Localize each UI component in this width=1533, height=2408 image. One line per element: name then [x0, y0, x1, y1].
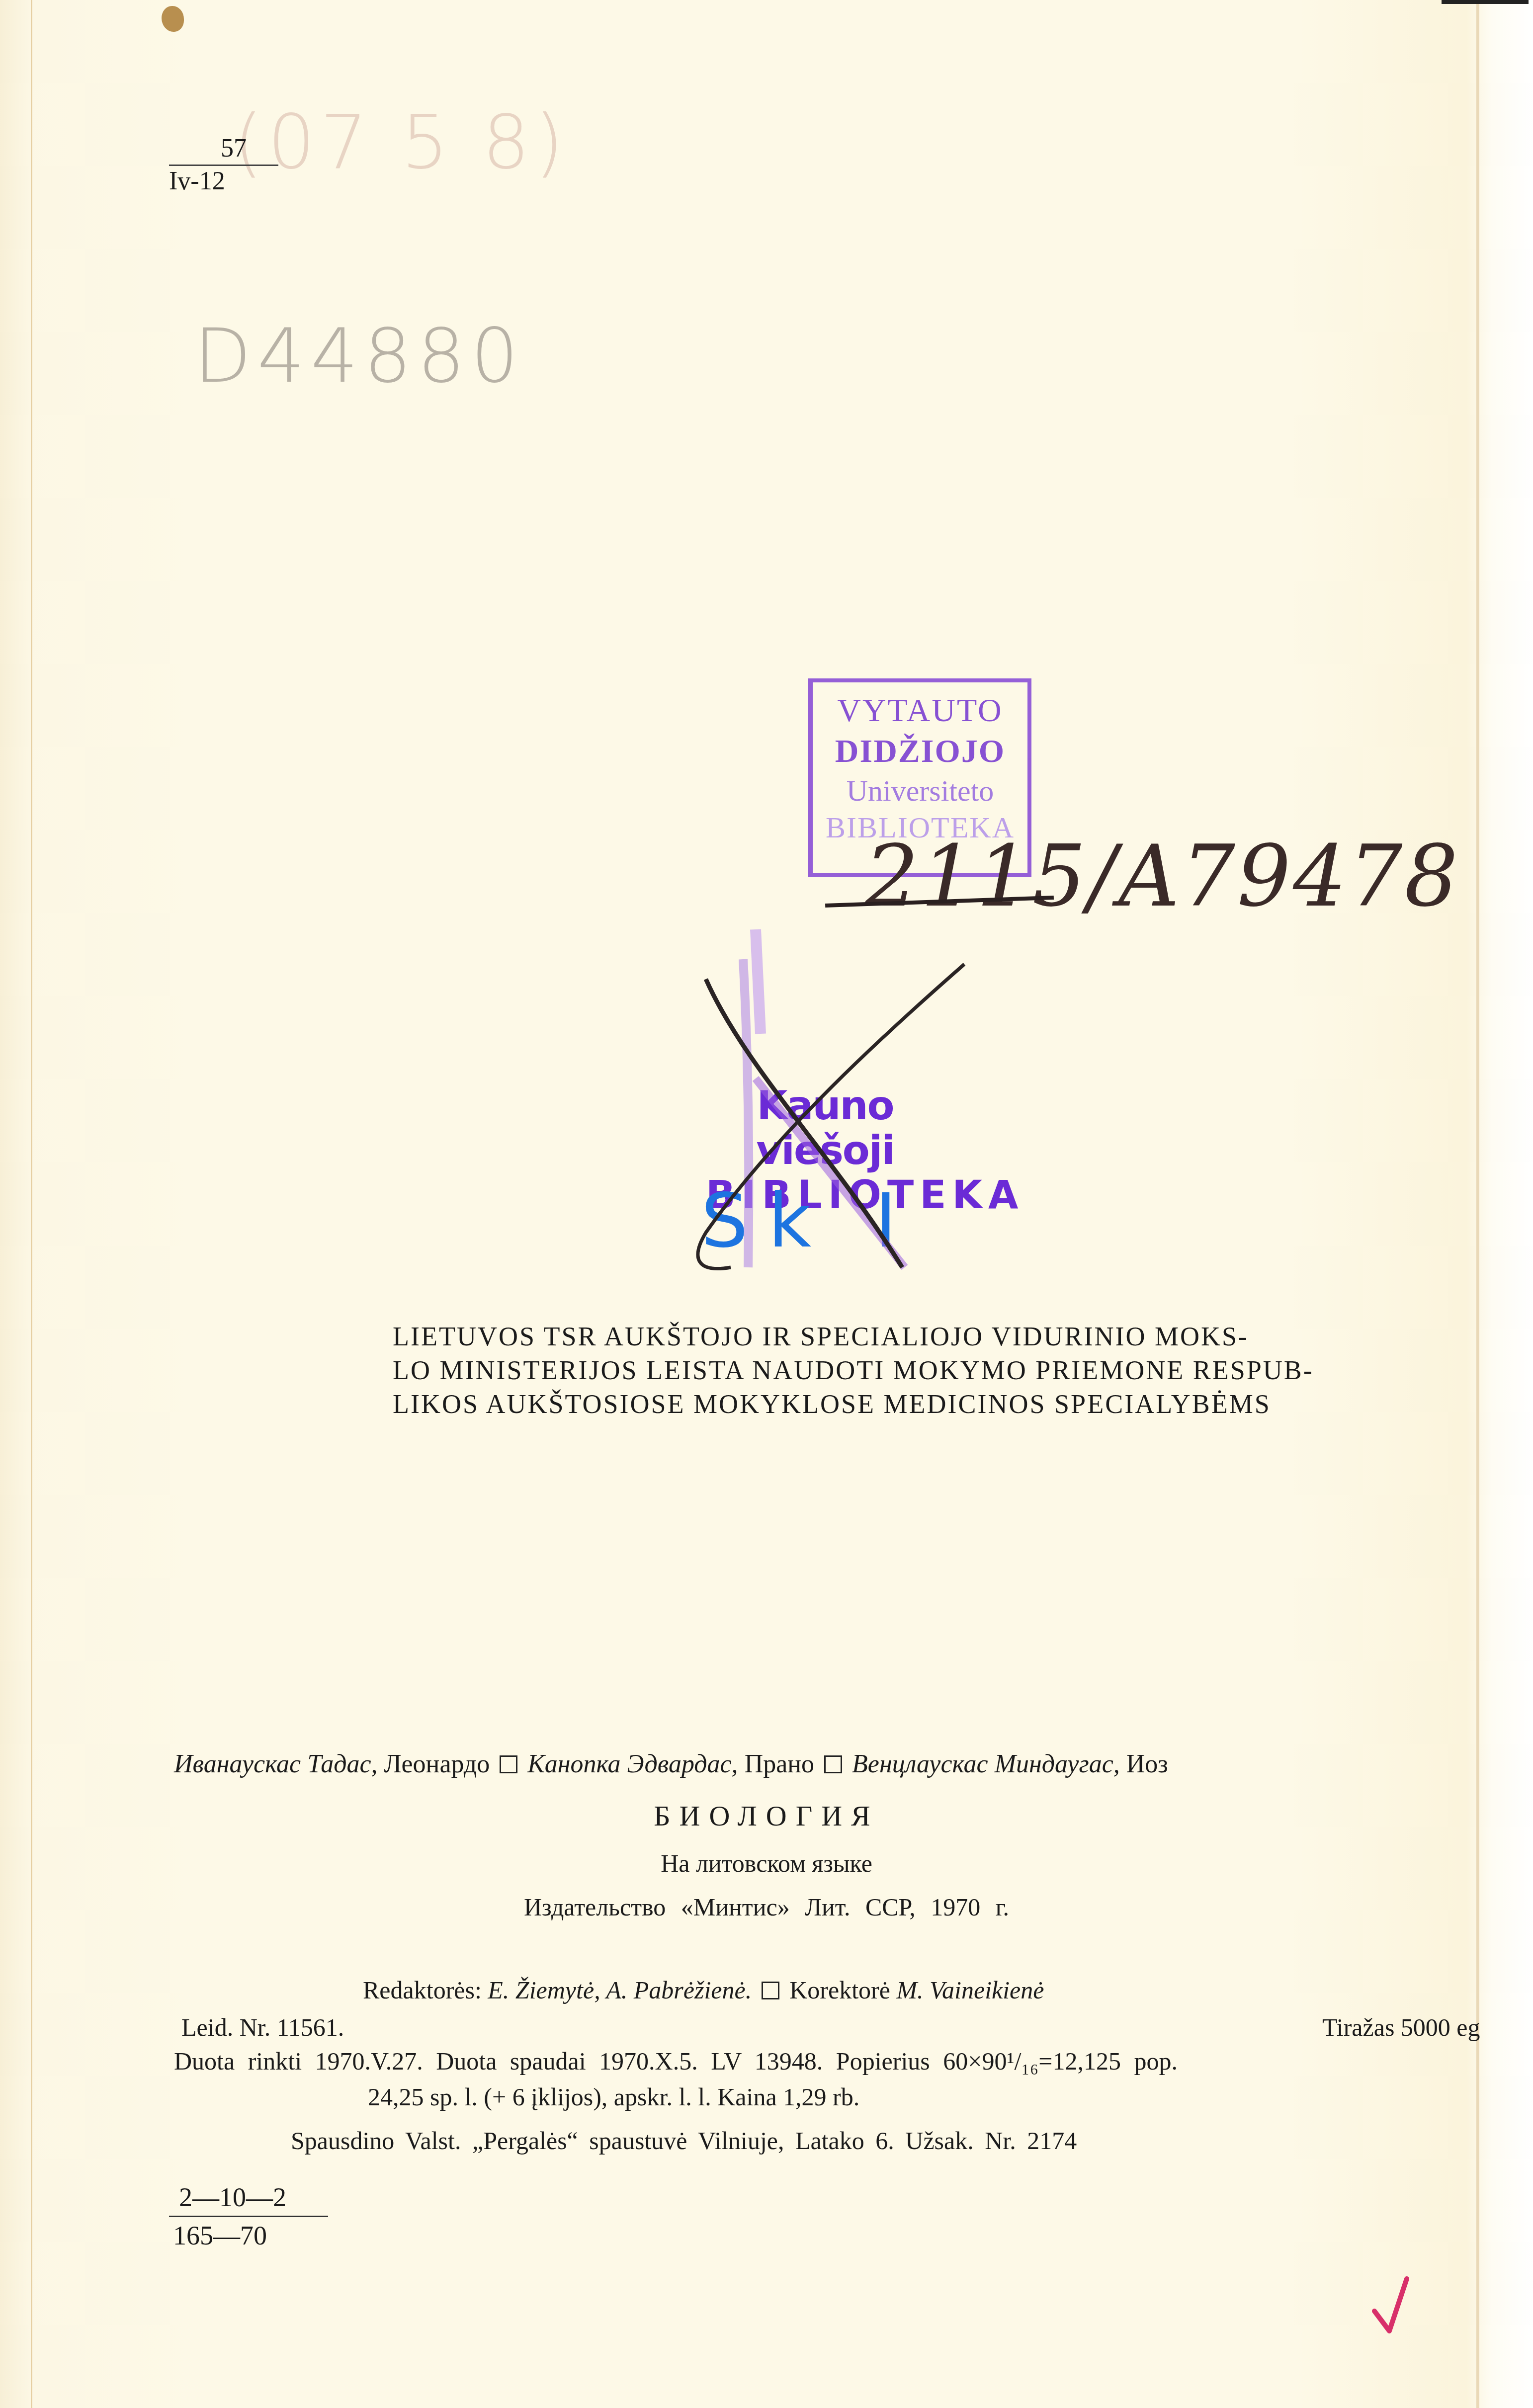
- cross-out-mark: [646, 919, 1044, 1292]
- inventory-number-struck: 2115/A: [865, 828, 1182, 926]
- page-edge: [1476, 0, 1479, 2408]
- stamp-line: Universiteto: [813, 773, 1027, 809]
- inventory-number: 2115/A79478: [865, 828, 1460, 926]
- ministry-approval-text: LIETUVOS TSR AUKŠTOJO IR SPECIALIOJO VID…: [393, 1320, 1337, 1421]
- faint-pencil-note: (07 5 8): [234, 99, 569, 186]
- author-name: Канопка Эдвардас,: [527, 1750, 738, 1778]
- gutter-line: [31, 0, 32, 2408]
- corrector-name: M. Vaineikienė: [896, 1976, 1044, 2004]
- author-patronymic: Прано: [745, 1750, 814, 1778]
- author-name: Иванаускас Тадас,: [174, 1750, 378, 1778]
- approval-line: LO MINISTERIJOS LEISTA NAUDOTI MOKYMO PR…: [393, 1353, 1337, 1387]
- shelf-mark-numerator: 57: [169, 134, 278, 166]
- separator-square-icon: [762, 1982, 779, 1999]
- shelf-mark-denominator: Iv-12: [169, 166, 278, 195]
- author-name: Венцлаускас Миндаугас,: [852, 1750, 1120, 1778]
- check-mark-icon: [1372, 2276, 1412, 2336]
- print-run: Tiražas 5000 eg: [1322, 2013, 1480, 2042]
- scan-border: [1442, 0, 1529, 4]
- corrector-label: Korektorė: [789, 1976, 890, 2004]
- index-code: 2—10—2 165—70: [169, 2182, 328, 2251]
- authors-line: Иванаускас Тадас, ЛеонардоКанопка Эдвард…: [174, 1749, 1533, 1779]
- separator-square-icon: [500, 1755, 517, 1773]
- inventory-number-current: 79478: [1182, 828, 1460, 926]
- sheets-price: 24,25 sp. l. (+ 6 įklijos), apskr. l. l.…: [368, 2082, 859, 2111]
- approval-line: LIKOS AUKŠTOSIOSE MOKYKLOSE MEDICINOS SP…: [393, 1387, 1337, 1421]
- index-code-denominator: 165—70: [169, 2217, 328, 2251]
- print-dates: Duota rinkti 1970.V.27. Duota spaudai 19…: [174, 2047, 1178, 2076]
- index-code-numerator: 2—10—2: [169, 2182, 328, 2217]
- language-note: На литовском языке: [0, 1849, 1533, 1878]
- shelf-mark: 57 Iv-12: [169, 134, 278, 195]
- approval-line: LIETUVOS TSR AUKŠTOJO IR SPECIALIOJO VID…: [393, 1320, 1337, 1353]
- printer-line: Spausdino Valst. „Pergalės“ spaustuvė Vi…: [291, 2126, 1077, 2155]
- handwritten-id: D44880: [194, 313, 524, 400]
- author-patronymic: Леонардо: [384, 1750, 490, 1778]
- publisher-line: Издательство «Минтис» Лит. ССР, 1970 г.: [0, 1893, 1533, 1921]
- author-patronymic: Иоз: [1126, 1750, 1168, 1778]
- separator-square-icon: [824, 1755, 842, 1773]
- stamp-line: DIDŽIOJO: [813, 730, 1027, 773]
- editors-line: Redaktorės: E. Žiemytė, A. Pabrėžienė.Ko…: [363, 1976, 1044, 2004]
- stamp-line: VYTAUTO: [813, 691, 1027, 730]
- editors-names: E. Žiemytė, A. Pabrėžienė.: [488, 1976, 752, 2004]
- publication-number: Leid. Nr. 11561.: [181, 2013, 344, 2042]
- russian-title: БИОЛОГИЯ: [0, 1799, 1533, 1832]
- ink-stain: [162, 6, 184, 32]
- editors-label: Redaktorės:: [363, 1976, 482, 2004]
